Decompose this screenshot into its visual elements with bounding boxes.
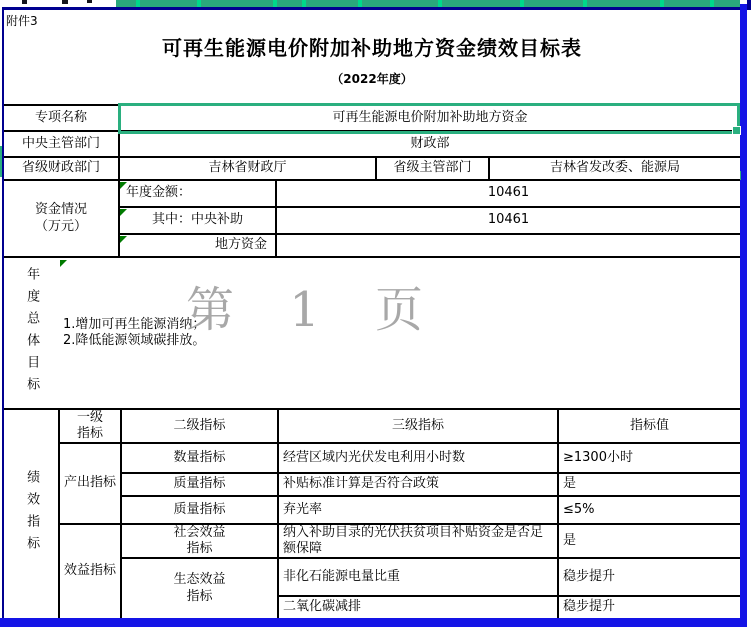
column-divider-tick <box>136 0 140 7</box>
section-annual-goal: 年度总体目标 1.增加可再生能源消纳； 2.降低能源领域碳排放。 第 1 页 <box>4 258 740 410</box>
cell-indicator-value[interactable]: 稳步提升 <box>559 559 740 595</box>
column-divider-tick <box>302 0 306 7</box>
cell-level3[interactable]: 二氧化碳减排 <box>279 597 557 618</box>
header-level3[interactable]: 三级指标 <box>279 410 557 442</box>
row-central-subsidy: 其中：中央补助 10461 <box>118 208 740 235</box>
column-divider-tick <box>710 0 714 7</box>
spreadsheet-window: 附件3 可再生能源电价附加补助地方资金绩效目标表 （2022年度） 专项名称 可… <box>0 0 751 630</box>
cell-project-name-label[interactable]: 专项名称 <box>4 106 118 130</box>
page-title: 可再生能源电价附加补助地方资金绩效目标表 <box>162 32 582 61</box>
fill-handle[interactable] <box>732 126 741 135</box>
cell-group-output[interactable]: 产出指标 <box>60 444 120 523</box>
cell-flag-triangle-icon <box>120 182 127 189</box>
cell-central-subsidy-value[interactable]: 10461 <box>275 208 740 233</box>
header-indicator-value[interactable]: 指标值 <box>559 410 740 442</box>
cell-level3[interactable]: 非化石能源电量比重 <box>279 559 557 595</box>
cell-level3[interactable]: 纳入补助目录的光伏扶贫项目补贴资金是否足额保障 <box>279 525 557 557</box>
cell-annual-amount-label[interactable]: 年度金额： <box>118 181 275 206</box>
column-divider-tick <box>520 0 524 7</box>
cell-provincial-dept-value[interactable]: 吉林省发改委、能源局 <box>488 158 740 179</box>
column-headers-strip[interactable] <box>0 0 751 7</box>
cell-indicators-section-label[interactable]: 绩效指标 <box>4 410 58 618</box>
column-divider-tick <box>197 0 201 7</box>
cell-local-funds-label[interactable]: 地方资金 <box>118 235 275 256</box>
column-letter-fragment <box>22 0 27 4</box>
column-divider-tick <box>660 0 664 7</box>
page-subtitle-year: （2022年度） <box>331 70 412 87</box>
row-provincial-depts: 省级财政部门 吉林省财政厅 省级主管部门 吉林省发改委、能源局 <box>4 158 740 181</box>
cell-indicator-value[interactable]: 稳步提升 <box>559 597 740 618</box>
cell-level2[interactable]: 社会效益 指标 <box>122 525 277 557</box>
cell-indicator-value[interactable]: 是 <box>559 474 740 495</box>
annual-goal-text: 1.增加可再生能源消纳； 2.降低能源领域碳排放。 <box>63 317 205 350</box>
cell-indicator-value[interactable]: ≤5% <box>559 497 740 523</box>
page-number-watermark: 第 1 页 <box>186 286 443 334</box>
attachment-label: 附件3 <box>6 12 38 29</box>
worksheet-area: 附件3 可再生能源电价附加补助地方资金绩效目标表 （2022年度） 专项名称 可… <box>4 10 740 618</box>
row-header-highlight-sliver <box>0 146 2 177</box>
cell-flag-triangle-icon <box>120 236 127 243</box>
cell-provincial-finance-value[interactable]: 吉林省财政厅 <box>118 158 375 179</box>
header-level2[interactable]: 二级指标 <box>122 410 277 442</box>
column-divider-tick <box>358 0 362 7</box>
cell-level2[interactable]: 数量指标 <box>122 444 277 472</box>
cell-flag-triangle-icon <box>120 209 127 216</box>
cell-provincial-finance-label[interactable]: 省级财政部门 <box>4 158 118 179</box>
indicators-table: 绩效指标 一级 指标 二级指标 三级指标 指标值 产出指标 效益指标 数量指标 … <box>4 410 740 618</box>
title-block: 附件3 可再生能源电价附加补助地方资金绩效目标表 （2022年度） <box>4 10 740 104</box>
bottom-window-edge-bar <box>0 618 747 627</box>
column-divider-tick <box>583 0 587 7</box>
cell-annual-goal-content[interactable]: 1.增加可再生能源消纳； 2.降低能源领域碳排放。 第 1 页 <box>58 258 740 408</box>
cell-central-dept-value[interactable]: 财政部 <box>118 132 740 156</box>
cell-level3[interactable]: 经营区域内光伏发电利用小时数 <box>279 444 557 472</box>
cell-indicator-value[interactable]: 是 <box>559 525 740 557</box>
cell-level3[interactable]: 弃光率 <box>279 497 557 523</box>
section-funds: 资金情况 （万元） 年度金额： 10461 其中：中央补助 10461 地方资金 <box>4 181 740 258</box>
column-divider-tick <box>438 0 442 7</box>
row-annual-amount: 年度金额： 10461 <box>118 181 740 208</box>
funds-rows: 年度金额： 10461 其中：中央补助 10461 地方资金 <box>118 181 740 258</box>
column-divider-tick <box>273 0 277 7</box>
cell-level3[interactable]: 补贴标准计算是否符合政策 <box>279 474 557 495</box>
cell-indicator-value[interactable]: ≥1300小时 <box>559 444 740 472</box>
right-window-edge-bar <box>740 4 747 627</box>
row-local-funds: 地方资金 <box>118 235 740 258</box>
cell-level2[interactable]: 质量指标 <box>122 474 277 495</box>
window-corner-block <box>747 0 751 10</box>
cell-annual-goal-label[interactable]: 年度总体目标 <box>4 258 58 408</box>
column-letter-fragment <box>62 0 68 4</box>
cell-level2[interactable]: 生态效益 指标 <box>122 559 277 618</box>
header-level1[interactable]: 一级 指标 <box>60 410 120 442</box>
row-central-dept: 中央主管部门 财政部 <box>4 132 740 158</box>
cell-central-subsidy-label[interactable]: 其中：中央补助 <box>118 208 275 233</box>
cell-provincial-dept-label[interactable]: 省级主管部门 <box>375 158 488 179</box>
cell-central-dept-label[interactable]: 中央主管部门 <box>4 132 118 156</box>
cell-local-funds-value[interactable] <box>275 235 740 256</box>
cell-flag-triangle-icon <box>60 260 67 267</box>
cell-group-benefit[interactable]: 效益指标 <box>60 525 120 618</box>
cell-level2[interactable]: 质量指标 <box>122 497 277 523</box>
selected-column-headers-bar[interactable] <box>116 0 740 7</box>
cell-annual-amount-value[interactable]: 10461 <box>275 181 740 206</box>
cell-funds-section-label[interactable]: 资金情况 （万元） <box>4 181 118 258</box>
column-letter-fragment <box>87 0 92 3</box>
active-cell-selection-border[interactable] <box>118 103 740 134</box>
